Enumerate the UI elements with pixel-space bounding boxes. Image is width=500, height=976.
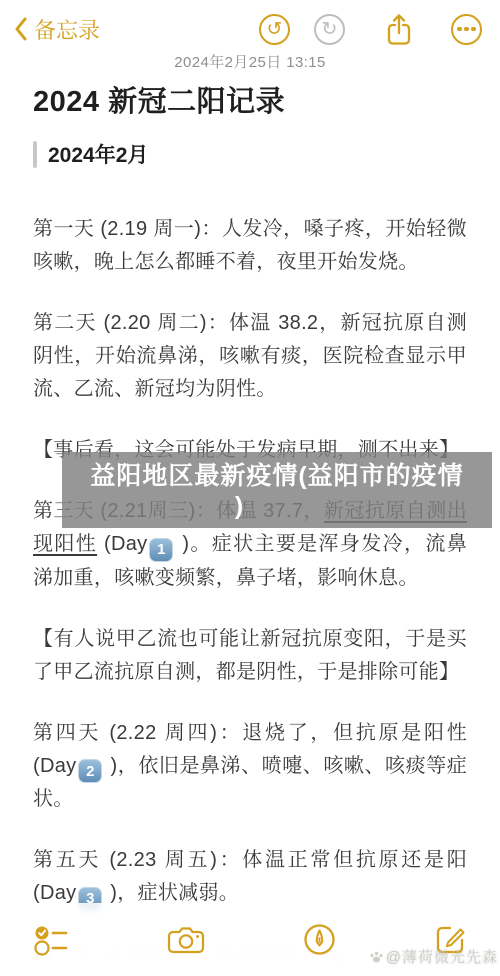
ellipsis-icon — [457, 27, 476, 32]
paragraph-text: 【有人说甲乙流也可能让新冠抗原变阳，于是买了甲乙流抗原自测，都是阴性，于是排除可… — [33, 628, 467, 683]
note-timestamp: 2024年2月25日 13:15 — [0, 51, 500, 72]
watermark-overlay: 益阳地区最新疫情(益阳市的疫情 ) — [62, 452, 492, 528]
undo-icon: ↺ — [267, 20, 283, 39]
camera-icon — [167, 925, 205, 955]
undo-button[interactable]: ↺ — [259, 14, 290, 45]
paragraph-text: 第一天 (2.19 周一)：人发冷，嗓子疼，开始轻微咳嗽，晚上怎么都睡不着，夜里… — [33, 218, 467, 273]
share-button[interactable] — [385, 13, 413, 46]
section-heading-label: 2024年2月 — [48, 139, 148, 169]
note-paragraph: 第一天 (2.19 周一)：人发冷，嗓子疼，开始轻微咳嗽，晚上怎么都睡不着，夜里… — [33, 213, 467, 279]
note-paragraph: 第二天 (2.20 周二)：体温 38.2，新冠抗原自测阴性，开始流鼻涕，咳嗽有… — [33, 307, 467, 406]
checklist-icon — [33, 924, 69, 956]
camera-button[interactable] — [167, 925, 205, 955]
section-heading: 2024年2月 — [33, 139, 467, 169]
watermark-text: @薄荷微光先森 — [386, 946, 498, 967]
redo-icon: ↻ — [322, 20, 338, 39]
paragraph-text: 第二天 (2.20 周二)：体温 38.2，新冠抗原自测阴性，开始流鼻涕，咳嗽有… — [33, 312, 467, 400]
back-button[interactable]: 备忘录 — [14, 14, 100, 45]
overlay-text-line1: 益阳地区最新疫情(益阳市的疫情 — [62, 456, 492, 492]
back-label: 备忘录 — [34, 14, 100, 45]
note-paragraph: 第五天 (2.23 周五)：体温正常但抗原还是阳 (Day3 )，症状减弱。 — [33, 844, 467, 911]
markup-button[interactable] — [303, 923, 336, 956]
share-icon — [385, 13, 413, 46]
note-paragraph: 第四天 (2.22 周四)：退烧了，但抗原是阳性 (Day2 )，依旧是鼻涕、喷… — [33, 717, 467, 817]
redo-button[interactable]: ↻ — [314, 14, 345, 45]
nav-bar: 备忘录 ↺ ↻ — [0, 0, 500, 48]
paw-icon — [369, 950, 384, 964]
markup-pen-icon — [303, 923, 336, 956]
day-keycap-badge: 1 — [149, 538, 173, 562]
note-body[interactable]: 第一天 (2.19 周一)：人发冷，嗓子疼，开始轻微咳嗽，晚上怎么都睡不着，夜里… — [0, 213, 500, 972]
day-keycap-badge: 2 — [78, 759, 102, 783]
notes-app-screen: 备忘录 ↺ ↻ 2024年2月2 — [0, 0, 500, 976]
overlay-text-line2: ) — [24, 492, 454, 521]
paragraph-text: (Day — [97, 533, 147, 555]
checklist-button[interactable] — [33, 924, 69, 956]
more-button[interactable] — [451, 14, 482, 45]
quote-bar — [33, 141, 37, 168]
note-title: 2024 新冠二阳记录 — [33, 85, 467, 119]
paragraph-text: )，症状减弱。 — [104, 882, 239, 904]
back-chevron-icon — [14, 17, 27, 41]
note-paragraph: 【有人说甲乙流也可能让新冠抗原变阳，于是买了甲乙流抗原自测，都是阴性，于是排除可… — [33, 623, 467, 689]
author-watermark: @薄荷微光先森 — [369, 946, 498, 967]
nav-actions: ↺ ↻ — [259, 13, 482, 46]
